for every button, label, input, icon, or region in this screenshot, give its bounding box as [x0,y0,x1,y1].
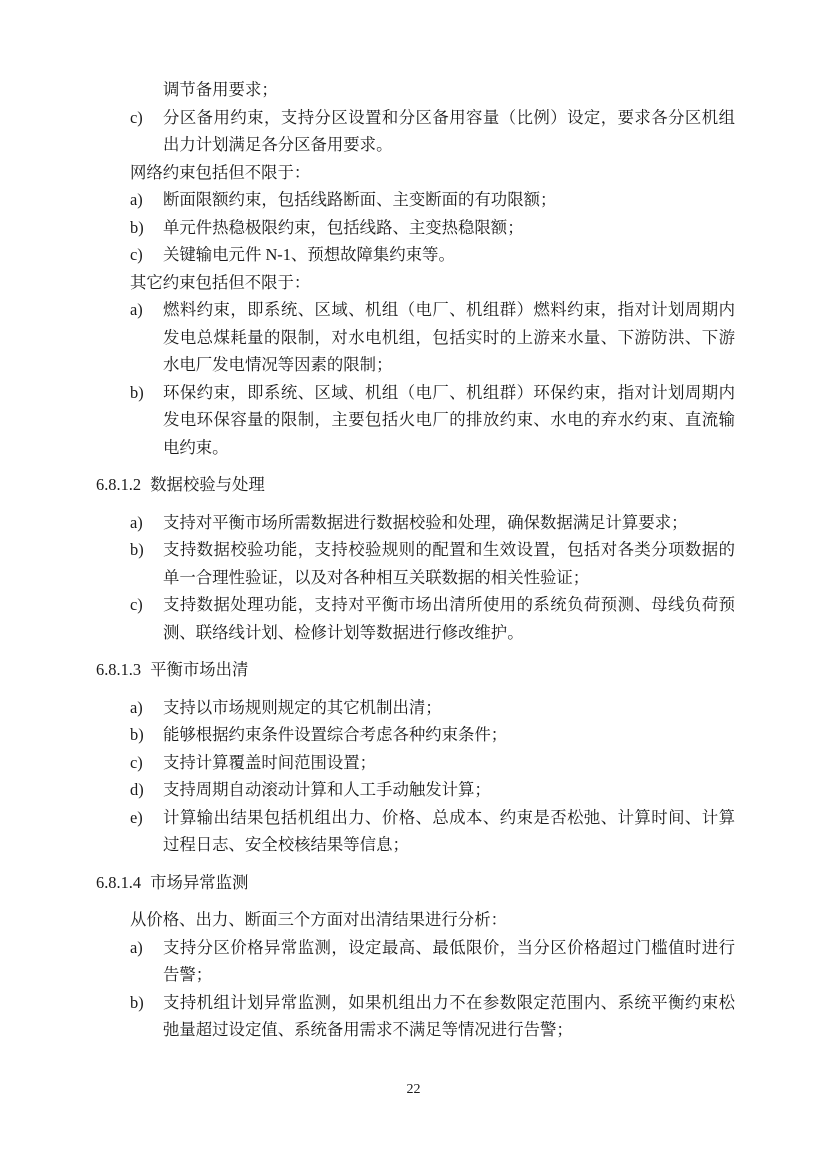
section-heading: 6.8.1.4市场异常监测 [96,869,735,897]
list-item: a)燃料约束，即系统、区域、机组（电厂、机组群）燃料约束，指对计划周期内发电总煤… [96,296,735,379]
list-marker: c) [130,749,143,777]
list-item: c)支持数据处理功能，支持对平衡市场出清所使用的系统负荷预测、母线负荷预测、联络… [96,591,735,646]
list-item-text: 支持周期自动滚动计算和人工手动触发计算； [163,780,491,799]
paragraph: 其它约束包括但不限于： [130,269,735,297]
list-marker: a) [130,934,143,962]
list-item: b)能够根据约束条件设置综合考虑各种约束条件； [96,721,735,749]
document-page: 调节备用要求；c)分区备用约束，支持分区设置和分区备用容量（比例）设定，要求各分… [0,0,827,1169]
paragraph: 网络约束包括但不限于： [130,159,735,187]
list-item-text: 能够根据约束条件设置综合考虑各种约束条件； [163,725,507,744]
list-item-text: 断面限额约束，包括线路断面、主变断面的有功限额； [163,190,556,209]
list-item-text: 支持分区价格异常监测，设定最高、最低限价，当分区价格超过门槛值时进行告警； [163,938,735,985]
document-body: 调节备用要求；c)分区备用约束，支持分区设置和分区备用容量（比例）设定，要求各分… [96,76,735,1044]
list-item-text: 环保约束，即系统、区域、机组（电厂、机组群）环保约束，指对计划周期内发电环保容量… [163,383,735,457]
list-item-text: 单元件热稳极限约束，包括线路、主变热稳限额； [163,218,524,237]
list-marker: d) [130,776,144,804]
list-marker: b) [130,379,144,407]
list-marker: b) [130,536,144,564]
list-item: b)环保约束，即系统、区域、机组（电厂、机组群）环保约束，指对计划周期内发电环保… [96,379,735,462]
section-number: 6.8.1.3 [96,660,141,679]
section-title: 数据校验与处理 [150,475,265,494]
list-marker: a) [130,509,143,537]
list-marker: b) [130,989,144,1017]
list-item-text: 燃料约束，即系统、区域、机组（电厂、机组群）燃料约束，指对计划周期内发电总煤耗量… [163,300,735,374]
section-title: 平衡市场出清 [150,660,248,679]
section-heading: 6.8.1.3平衡市场出清 [96,656,735,684]
list-marker: e) [130,804,143,832]
list-marker: c) [130,241,143,269]
list-marker: c) [130,104,143,132]
list-item: b)单元件热稳极限约束，包括线路、主变热稳限额； [96,214,735,242]
page-footer: 22 [0,1081,827,1098]
list-item-text: 分区备用约束，支持分区设置和分区备用容量（比例）设定，要求各分区机组出力计划满足… [163,108,735,155]
list-item: b)支持机组计划异常监测，如果机组出力不在参数限定范围内、系统平衡约束松弛量超过… [96,989,735,1044]
section-number: 6.8.1.4 [96,873,141,892]
list-item: a)断面限额约束，包括线路断面、主变断面的有功限额； [96,186,735,214]
paragraph: 从价格、出力、断面三个方面对出清结果进行分析： [130,906,735,934]
list-item: a)支持以市场规则规定的其它机制出清； [96,694,735,722]
list-item: c)分区备用约束，支持分区设置和分区备用容量（比例）设定，要求各分区机组出力计划… [96,104,735,159]
list-item: b)支持数据校验功能，支持校验规则的配置和生效设置，包括对各类分项数据的单一合理… [96,536,735,591]
list-item: a)支持对平衡市场所需数据进行数据校验和处理，确保数据满足计算要求； [96,509,735,537]
list-item-text: 计算输出结果包括机组出力、价格、总成本、约束是否松弛、计算时间、计算过程日志、安… [163,808,735,855]
section-title: 市场异常监测 [150,873,248,892]
list-continuation-text: 调节备用要求； [163,76,735,104]
list-item: e)计算输出结果包括机组出力、价格、总成本、约束是否松弛、计算时间、计算过程日志… [96,804,735,859]
list-item-text: 支持机组计划异常监测，如果机组出力不在参数限定范围内、系统平衡约束松弛量超过设定… [163,993,735,1040]
list-marker: a) [130,296,143,324]
list-item-text: 支持以市场规则规定的其它机制出清； [163,698,442,717]
list-item-text: 支持数据处理功能，支持对平衡市场出清所使用的系统负荷预测、母线负荷预测、联络线计… [163,595,735,642]
list-marker: a) [130,694,143,722]
list-item: a)支持分区价格异常监测，设定最高、最低限价，当分区价格超过门槛值时进行告警； [96,934,735,989]
list-item: c)关键输电元件 N-1、预想故障集约束等。 [96,241,735,269]
list-item-text: 支持数据校验功能，支持校验规则的配置和生效设置，包括对各类分项数据的单一合理性验… [163,540,735,587]
list-item-text: 关键输电元件 N-1、预想故障集约束等。 [163,245,455,264]
section-number: 6.8.1.2 [96,475,141,494]
list-marker: b) [130,214,144,242]
list-marker: a) [130,186,143,214]
page-number: 22 [407,1082,421,1097]
list-item-text: 支持对平衡市场所需数据进行数据校验和处理，确保数据满足计算要求； [163,513,688,532]
list-marker: b) [130,721,144,749]
list-item: d)支持周期自动滚动计算和人工手动触发计算； [96,776,735,804]
list-item-text: 支持计算覆盖时间范围设置； [163,753,376,772]
section-heading: 6.8.1.2数据校验与处理 [96,471,735,499]
list-marker: c) [130,591,143,619]
list-item: c)支持计算覆盖时间范围设置； [96,749,735,777]
